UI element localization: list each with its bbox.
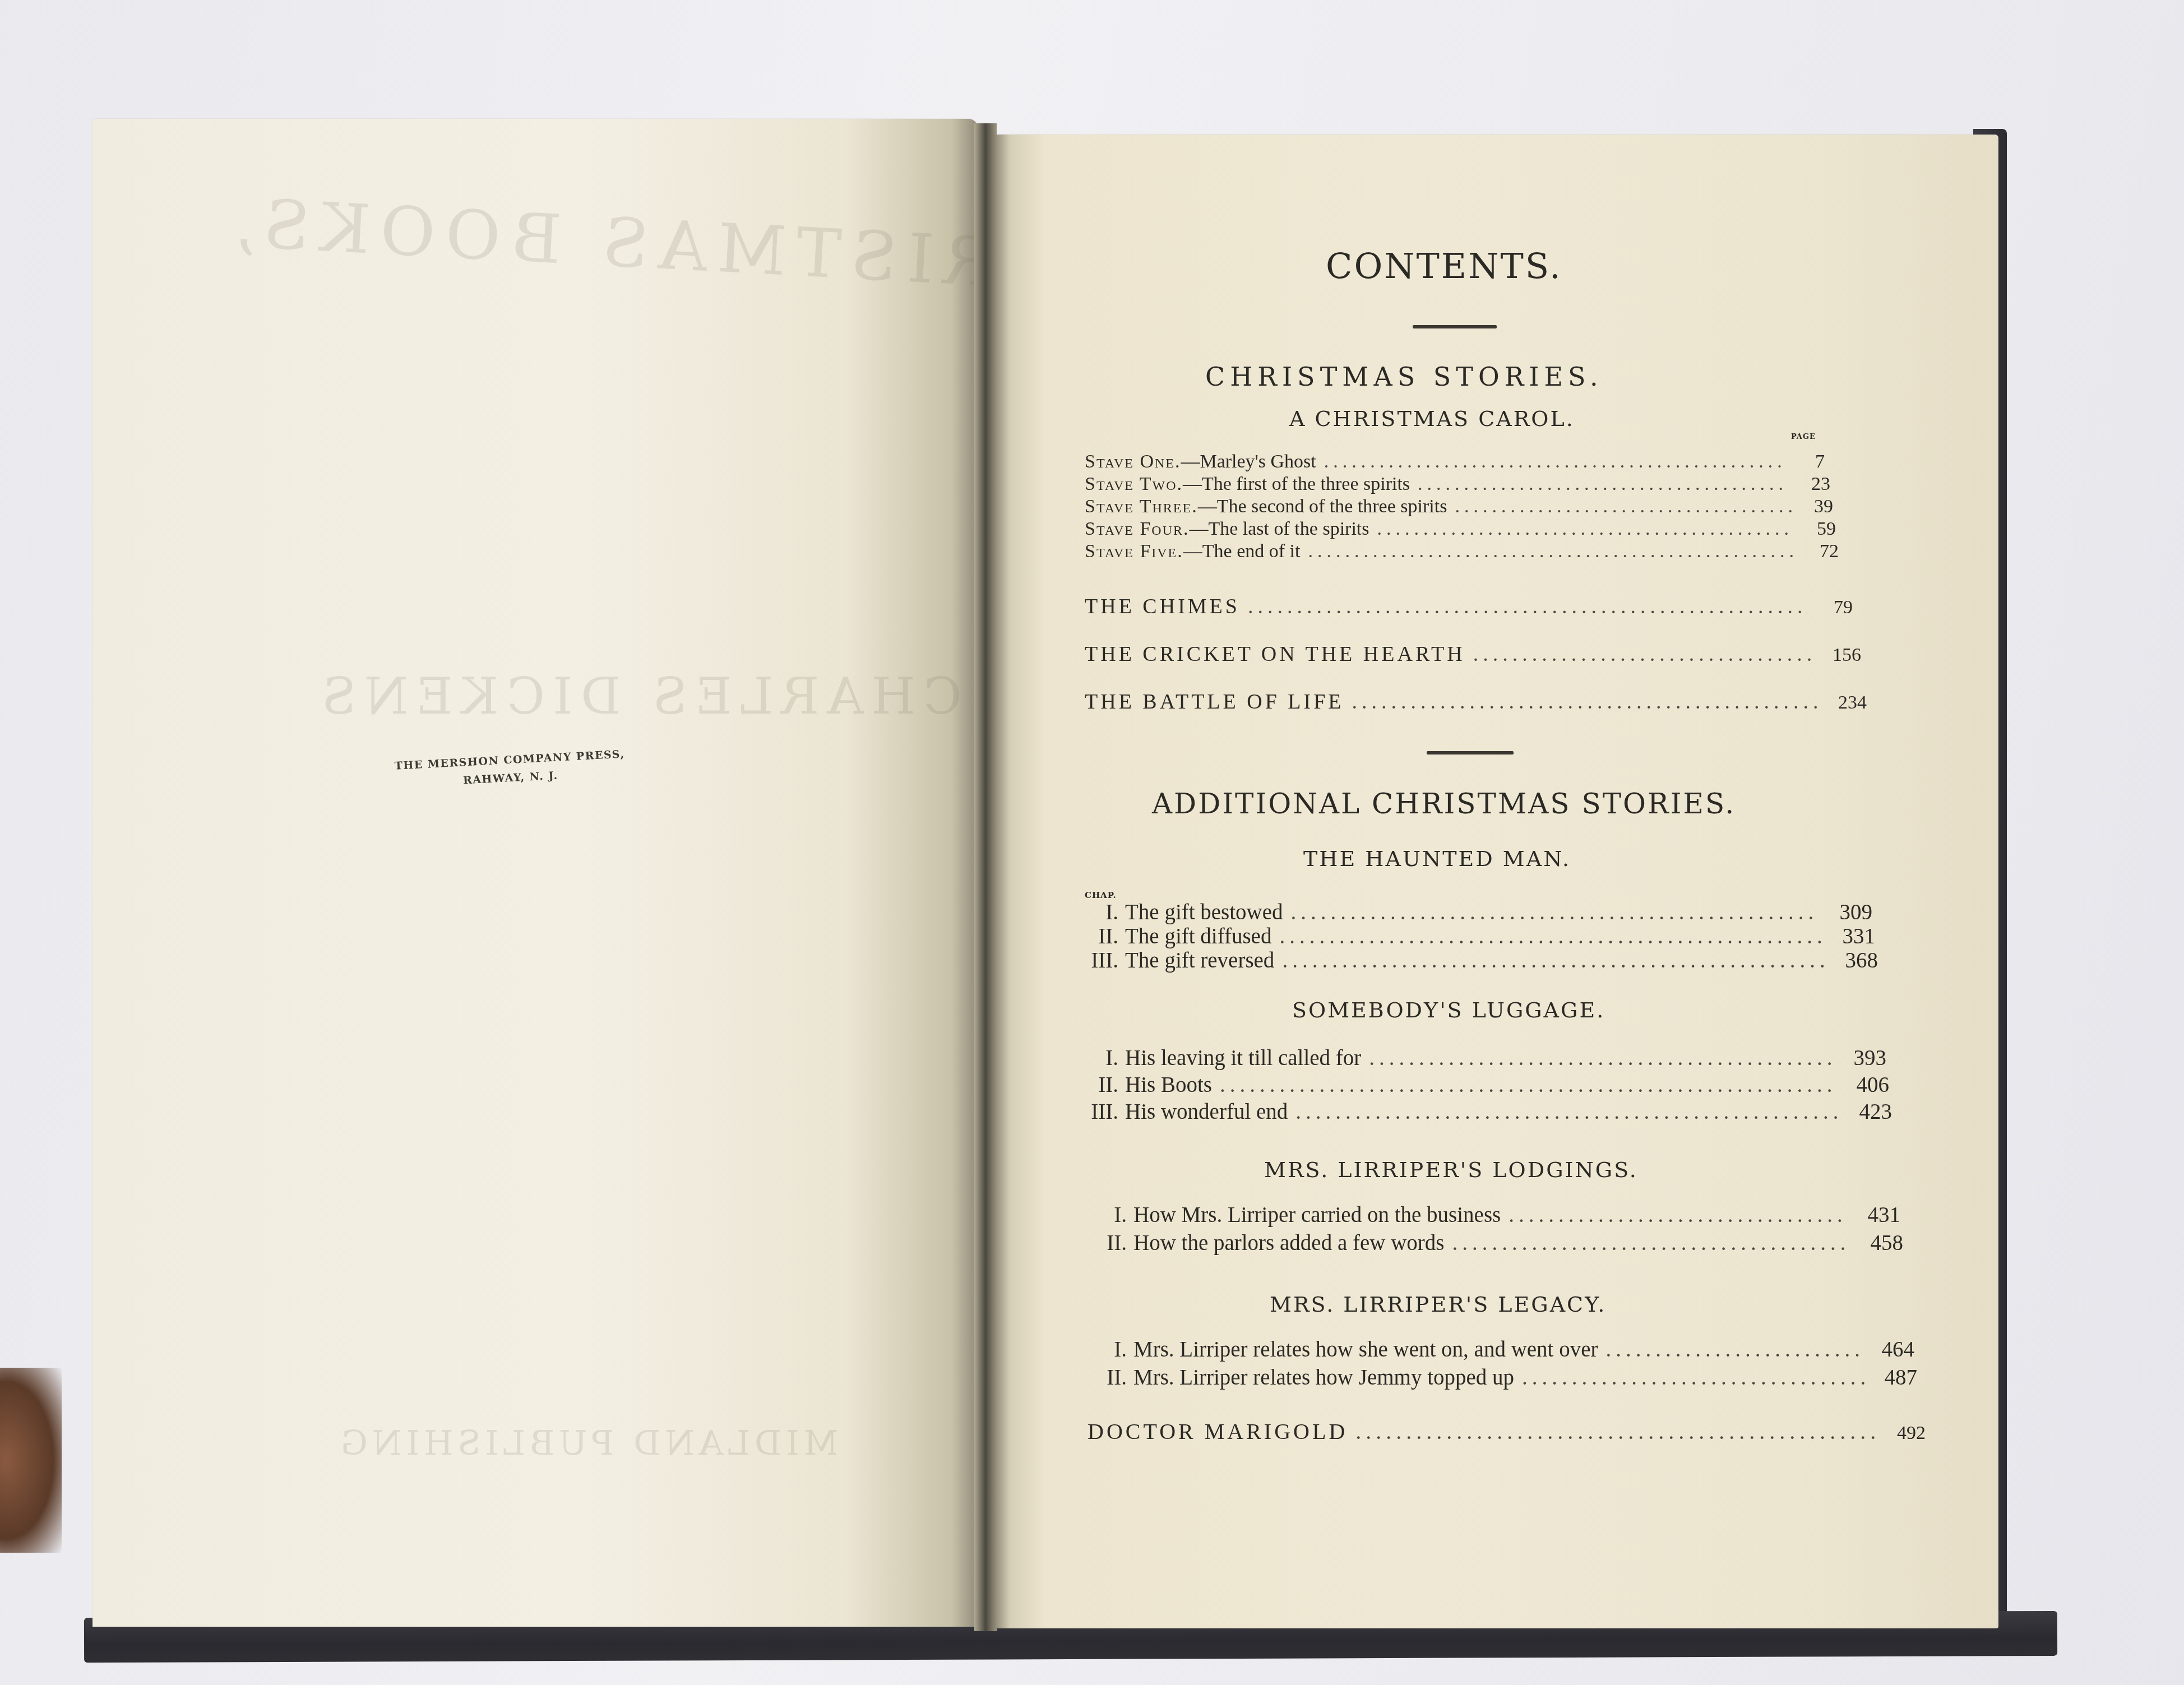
page-number: 431: [1856, 1202, 1900, 1228]
work-heading: SOMEBODY'S LUGGAGE.: [1292, 998, 1605, 1022]
toc-entry: THE CHIMES 79: [1085, 594, 1853, 619]
page-number: 7: [1791, 451, 1825, 473]
toc-entry: THE BATTLE OF LIFE 234: [1085, 689, 1867, 714]
show-through-publisher: MIDLAND PUBLISHING: [336, 1424, 838, 1463]
page-number: 79: [1813, 597, 1853, 618]
page-number: 39: [1799, 496, 1833, 517]
toc-entry: I.How Mrs. Lirriper carried on the busin…: [1088, 1202, 1900, 1228]
work-heading: THE HAUNTED MAN.: [1303, 846, 1571, 871]
page-number: 368: [1833, 948, 1878, 973]
section-heading: CHRISTMAS STORIES.: [1205, 362, 1603, 392]
toc-entry: Stave Four.—The last of the spirits 59: [1085, 519, 1836, 540]
page-number: 458: [1858, 1230, 1903, 1256]
page-number: 72: [1805, 541, 1839, 562]
section-heading: ADDITIONAL CHRISTMAS STORIES.: [1152, 788, 1736, 820]
toc-entry: II.The gift diffused 331: [1079, 924, 1875, 949]
page-number: 59: [1802, 519, 1836, 540]
toc-entry: Stave Two.—The first of the three spirit…: [1085, 474, 1830, 495]
page-number: 423: [1847, 1099, 1892, 1124]
page-number: 492: [1886, 1423, 1926, 1444]
toc-entry: I.The gift bestowed 309: [1079, 900, 1872, 925]
toc-entry: II.His Boots 406: [1079, 1072, 1889, 1098]
left-page: [92, 119, 978, 1627]
show-through-author: CHARLES DICKENS: [314, 667, 962, 726]
page-number: 234: [1827, 692, 1867, 714]
page-number: 309: [1827, 900, 1872, 925]
page-number: 406: [1844, 1072, 1889, 1098]
work-heading: MRS. LIRRIPER'S LODGINGS.: [1264, 1158, 1638, 1182]
toc-entry: Stave Five.—The end of it 72: [1085, 541, 1839, 562]
divider: [1427, 751, 1514, 754]
photo-scene: CHRISTMAS BOOKS, CHARLES DICKENS MIDLAND…: [0, 0, 2184, 1685]
toc-entry: II.Mrs. Lirriper relates how Jemmy toppe…: [1088, 1365, 1917, 1390]
divider: [1413, 325, 1497, 328]
page-number: 331: [1830, 924, 1875, 949]
toc-entry: I.Mrs. Lirriper relates how she went on,…: [1088, 1337, 1914, 1362]
toc-entry: DOCTOR MARIGOLD 492: [1088, 1418, 1926, 1445]
toc-entry: II.How the parlors added a few words 458: [1088, 1230, 1903, 1256]
toc-entry: Stave Three.—The second of the three spi…: [1085, 496, 1833, 517]
toc-entry: THE CRICKET ON THE HEARTH 156: [1085, 642, 1861, 666]
work-heading: MRS. LIRRIPER'S LEGACY.: [1270, 1292, 1606, 1317]
page-column-label: PAGE: [1791, 433, 1816, 441]
book-gutter: [974, 123, 997, 1631]
toc-entry: I.His leaving it till called for 393: [1079, 1045, 1886, 1071]
chapter-column-label: CHAP.: [1085, 890, 1117, 900]
page-number: 23: [1797, 474, 1830, 495]
page-number: 156: [1822, 645, 1861, 666]
page-number: 393: [1841, 1045, 1886, 1071]
toc-entry: III.The gift reversed 368: [1079, 948, 1878, 973]
toc-entry: III.His wonderful end 423: [1079, 1099, 1892, 1124]
toc-entry: Stave One.—Marley's Ghost 7: [1085, 451, 1825, 473]
right-page: [995, 135, 1998, 1628]
page-title: CONTENTS.: [1326, 246, 1562, 286]
page-number: 464: [1870, 1337, 1914, 1362]
finger-holding-page: [0, 1368, 62, 1553]
work-heading: A CHRISTMAS CAROL.: [1289, 406, 1575, 431]
page-number: 487: [1872, 1365, 1917, 1390]
